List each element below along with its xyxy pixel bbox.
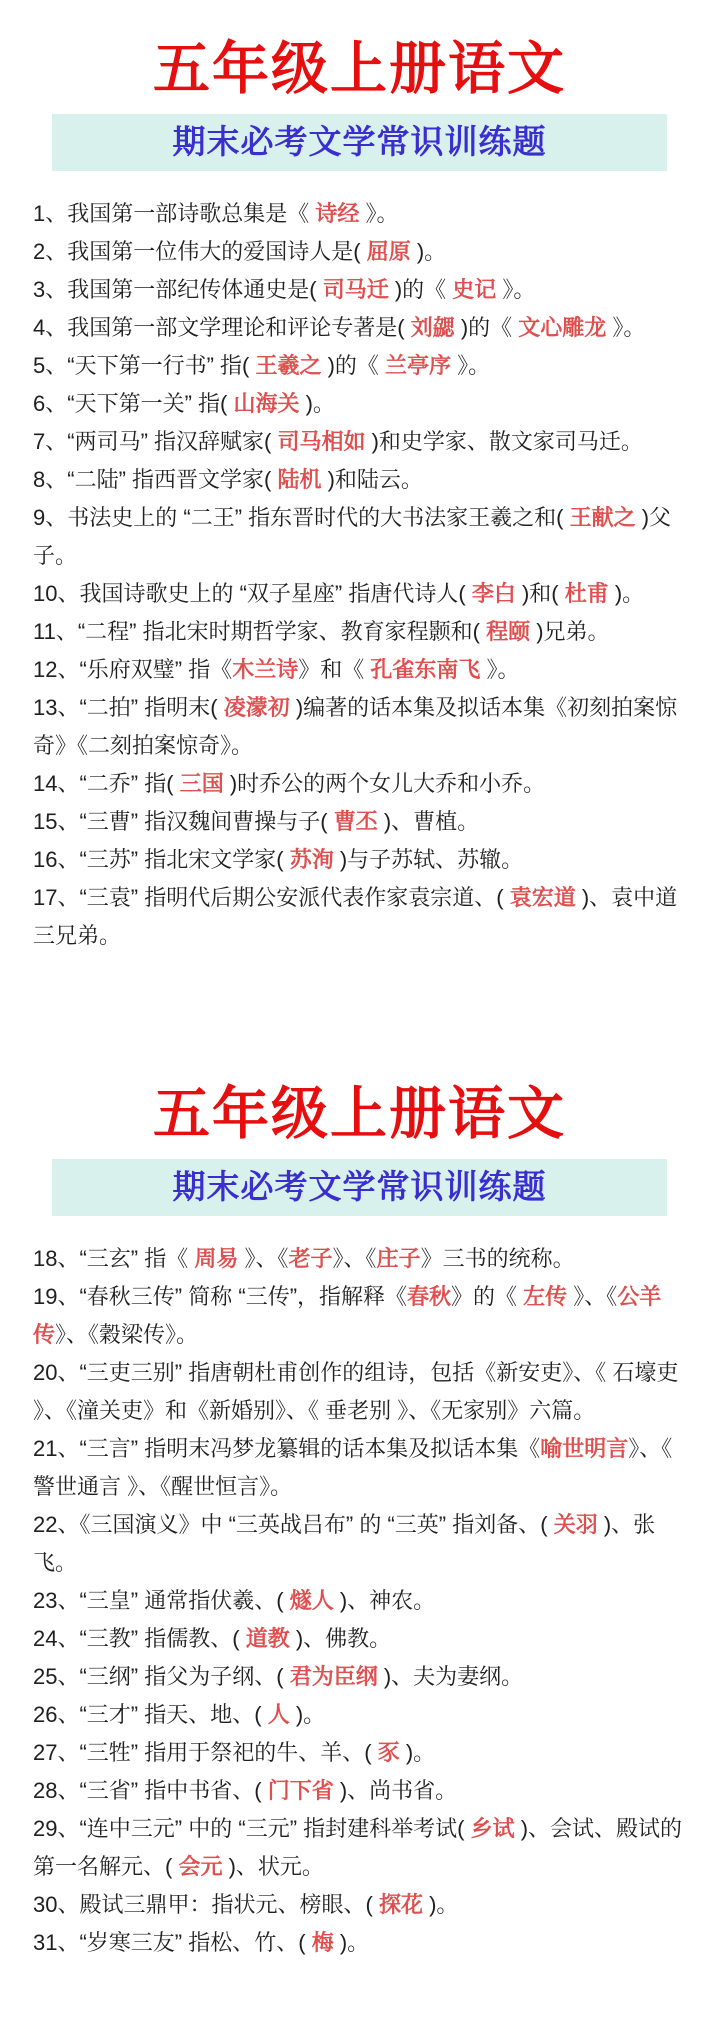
question-text: “三袁” 指明代后期公安派代表作家袁宗道、( (79, 885, 509, 910)
answer-highlight: 刘勰 (411, 315, 455, 340)
question-text: 我国第一位伟大的爱国诗人是( (67, 239, 366, 264)
question-text: 》。 (606, 315, 645, 340)
answer-highlight: 王羲之 (255, 353, 321, 378)
question-text: )、曹植。 (378, 809, 479, 834)
answer-highlight: 杜甫 (565, 581, 609, 606)
list-item: 17、“三袁” 指明代后期公安派代表作家袁宗道、( 袁宏道 )、袁中道三兄弟。 (33, 879, 695, 955)
item-number: 14、 (33, 771, 79, 796)
list-item: 20、“三吏三别” 指唐朝杜甫创作的组诗，包括《新安吏》、《 石壕吏 》、《潼关… (33, 1354, 695, 1430)
question-text: 》和《 (298, 657, 370, 682)
item-number: 9、 (33, 505, 67, 530)
question-text: 《三国演义》中 “三英战吕布” 的 “三英” 指刘备、( (79, 1512, 553, 1537)
list-item: 23、“三皇” 通常指伏羲、( 燧人 )、神农。 (33, 1582, 695, 1620)
question-text: “三教” 指儒教、( (79, 1626, 245, 1651)
list-item: 6、“天下第一关” 指( 山海关 )。 (33, 385, 695, 423)
answer-highlight: 文心雕龙 (518, 315, 606, 340)
item-number: 26、 (33, 1702, 79, 1727)
list-item: 25、“三纲” 指父为子纲、( 君为臣纲 )、夫为妻纲。 (33, 1658, 695, 1696)
answer-highlight: 司马迁 (323, 277, 389, 302)
question-text: )。 (400, 1740, 435, 1765)
list-item: 21、“三言” 指明末冯梦龙纂辑的话本集及拟话本集《喻世明言》、《 警世通言 》… (33, 1430, 695, 1506)
item-number: 20、 (33, 1360, 79, 1385)
item-number: 19、 (33, 1284, 79, 1309)
answer-highlight: 王献之 (570, 505, 636, 530)
question-text: “三才” 指天、地、( (79, 1702, 267, 1727)
list-item: 31、“岁寒三友” 指松、竹、( 梅 )。 (33, 1924, 695, 1962)
item-number: 3、 (33, 277, 67, 302)
item-number: 4、 (33, 315, 67, 340)
item-number: 12、 (33, 657, 79, 682)
list-item: 19、“春秋三传” 简称 “三传”，指解释《春秋》的《 左传 》、《公羊传》、《… (33, 1278, 695, 1354)
answer-highlight: 老子 (289, 1246, 333, 1271)
question-text: 殿试三鼎甲：指状元、榜眼、( (79, 1892, 378, 1917)
question-text: 我国第一部纪传体通史是( (67, 277, 322, 302)
list-item: 8、“二陆” 指西晋文学家( 陆机 )和陆云。 (33, 461, 695, 499)
question-text: )和陆云。 (321, 467, 422, 492)
answer-highlight: 程颐 (486, 619, 530, 644)
subtitle-text: 期末必考文学常识训练题 (173, 123, 547, 160)
question-text: 》、《穀梁传》。 (55, 1322, 198, 1347)
list-item: 1、我国第一部诗歌总集是《 诗经 》。 (33, 195, 695, 233)
question-text: )。 (334, 1930, 369, 1955)
question-text: )、神农。 (334, 1588, 435, 1613)
item-number: 24、 (33, 1626, 79, 1651)
question-text: 我国第一部文学理论和评论专著是( (67, 315, 410, 340)
list-item: 14、“二乔” 指( 三国 )时乔公的两个女儿大乔和小乔。 (33, 765, 695, 803)
question-text: “二拍” 指明末( (79, 695, 223, 720)
item-number: 31、 (33, 1930, 79, 1955)
list-item: 26、“三才” 指天、地、( 人 )。 (33, 1696, 695, 1734)
question-text: )。 (411, 239, 446, 264)
question-text: )的《 (455, 315, 519, 340)
item-number: 17、 (33, 885, 79, 910)
answer-highlight: 李白 (472, 581, 516, 606)
answer-highlight: 燧人 (290, 1588, 334, 1613)
worksheet: 五年级上册语文 期末必考文学常识训练题 1、我国第一部诗歌总集是《 诗经 》。2… (0, 0, 719, 1962)
list-item: 28、“三省” 指中书省、( 门下省 )、尚书省。 (33, 1772, 695, 1810)
question-list: 1、我国第一部诗歌总集是《 诗经 》。2、我国第一位伟大的爱国诗人是( 屈原 )… (33, 195, 695, 955)
list-item: 18、“三玄” 指《 周易 》、《老子》、《庄子》三书的统称。 (33, 1240, 695, 1278)
answer-highlight: 兰亭序 (385, 353, 451, 378)
answer-highlight: 曹丕 (334, 809, 378, 834)
question-text: “三牲” 指用于祭祀的牛、羊、( (79, 1740, 377, 1765)
answer-highlight: 探花 (379, 1892, 423, 1917)
item-number: 6、 (33, 391, 67, 416)
question-list: 18、“三玄” 指《 周易 》、《老子》、《庄子》三书的统称。19、“春秋三传”… (33, 1240, 695, 1962)
question-text: )时乔公的两个女儿大乔和小乔。 (224, 771, 545, 796)
list-item: 7、“两司马” 指汉辞赋家( 司马相如 )和史学家、散文家司马迁。 (33, 423, 695, 461)
list-item: 15、“三曹” 指汉魏间曹操与子( 曹丕 )、曹植。 (33, 803, 695, 841)
item-number: 21、 (33, 1436, 79, 1461)
item-number: 10、 (33, 581, 79, 606)
item-number: 22、 (33, 1512, 79, 1537)
answer-highlight: 袁宏道 (510, 885, 576, 910)
answer-highlight: 周易 (194, 1246, 238, 1271)
answer-highlight: 关羽 (554, 1512, 598, 1537)
page-title: 五年级上册语文 (0, 1075, 719, 1153)
worksheet-section: 五年级上册语文 期末必考文学常识训练题 1、我国第一部诗歌总集是《 诗经 》。2… (0, 0, 719, 955)
list-item: 12、“乐府双璧” 指《木兰诗》和《 孔雀东南飞 》。 (33, 651, 695, 689)
question-text: )。 (609, 581, 644, 606)
answer-highlight: 春秋 (407, 1284, 451, 1309)
question-text: )。 (299, 391, 334, 416)
answer-highlight: 木兰诗 (232, 657, 298, 682)
answer-highlight: 屈原 (367, 239, 411, 264)
question-text: “二程” 指北宋时期哲学家、教育家程颢和( (78, 619, 486, 644)
question-text: 》。 (496, 277, 535, 302)
subtitle-banner: 期末必考文学常识训练题 (52, 1159, 667, 1216)
item-number: 15、 (33, 809, 79, 834)
question-text: “春秋三传” 简称 “三传”，指解释《 (79, 1284, 407, 1309)
question-text: 我国诗歌史上的 “双子星座” 指唐代诗人( (79, 581, 471, 606)
item-number: 27、 (33, 1740, 79, 1765)
item-number: 28、 (33, 1778, 79, 1803)
question-text: )、状元。 (222, 1854, 323, 1879)
question-text: 》、《 (333, 1246, 377, 1271)
list-item: 24、“三教” 指儒教、( 道教 )、佛教。 (33, 1620, 695, 1658)
question-text: “二陆” 指西晋文学家( (67, 467, 277, 492)
question-text: “三省” 指中书省、( (79, 1778, 267, 1803)
question-text: )、夫为妻纲。 (378, 1664, 523, 1689)
item-number: 13、 (33, 695, 79, 720)
question-text: )、佛教。 (290, 1626, 391, 1651)
answer-highlight: 君为臣纲 (290, 1664, 378, 1689)
answer-highlight: 凌濛初 (224, 695, 290, 720)
question-text: “三纲” 指父为子纲、( (79, 1664, 289, 1689)
question-text: )。 (423, 1892, 458, 1917)
subtitle-text: 期末必考文学常识训练题 (173, 1168, 547, 1205)
question-text: )。 (290, 1702, 325, 1727)
question-text: )的《 (321, 353, 385, 378)
question-text: )的《 (389, 277, 453, 302)
item-number: 23、 (33, 1588, 79, 1613)
question-text: 》。 (480, 657, 519, 682)
list-item: 30、殿试三鼎甲：指状元、榜眼、( 探花 )。 (33, 1886, 695, 1924)
question-text: “三言” 指明末冯梦龙纂辑的话本集及拟话本集《 (79, 1436, 540, 1461)
subtitle-banner: 期末必考文学常识训练题 (52, 114, 667, 171)
question-text: “三皇” 通常指伏羲、( (79, 1588, 289, 1613)
answer-highlight: 山海关 (233, 391, 299, 416)
answer-highlight: 庄子 (377, 1246, 421, 1271)
answer-highlight: 史记 (452, 277, 496, 302)
list-item: 22、《三国演义》中 “三英战吕布” 的 “三英” 指刘备、( 关羽 )、张飞。 (33, 1506, 695, 1582)
answer-highlight: 喻世明言 (540, 1436, 628, 1461)
item-number: 30、 (33, 1892, 79, 1917)
list-item: 11、“二程” 指北宋时期哲学家、教育家程颢和( 程颐 )兄弟。 (33, 613, 695, 651)
question-text: “连中三元” 中的 “三元” 指封建科举考试( (79, 1816, 470, 1841)
question-text: “二乔” 指( (79, 771, 179, 796)
list-item: 10、我国诗歌史上的 “双子星座” 指唐代诗人( 李白 )和( 杜甫 )。 (33, 575, 695, 613)
answer-highlight: 门下省 (268, 1778, 334, 1803)
question-text: “天下第一关” 指( (67, 391, 233, 416)
question-text: )与子苏轼、苏辙。 (334, 847, 523, 872)
answer-highlight: 苏洵 (290, 847, 334, 872)
list-item: 2、我国第一位伟大的爱国诗人是( 屈原 )。 (33, 233, 695, 271)
question-text: 我国第一部诗歌总集是《 (67, 201, 315, 226)
list-item: 3、我国第一部纪传体通史是( 司马迁 )的《 史记 》。 (33, 271, 695, 309)
question-text: 》三书的统称。 (421, 1246, 575, 1271)
list-item: 5、“天下第一行书” 指( 王羲之 )的《 兰亭序 》。 (33, 347, 695, 385)
list-item: 27、“三牲” 指用于祭祀的牛、羊、( 豕 )。 (33, 1734, 695, 1772)
question-text: 》。 (451, 353, 490, 378)
question-text: )和( (516, 581, 565, 606)
question-text: “三吏三别” 指唐朝杜甫创作的组诗，包括《新安吏》、《 石壕吏 》、《潼关吏》和… (33, 1360, 678, 1423)
question-text: 书法史上的 “二王” 指东晋时代的大书法家王羲之和( (67, 505, 569, 530)
list-item: 16、“三苏” 指北宋文学家( 苏洵 )与子苏轼、苏辙。 (33, 841, 695, 879)
answer-highlight: 人 (268, 1702, 290, 1727)
question-text: “三曹” 指汉魏间曹操与子( (79, 809, 333, 834)
list-item: 4、我国第一部文学理论和评论专著是( 刘勰 )的《 文心雕龙 》。 (33, 309, 695, 347)
question-text: “两司马” 指汉辞赋家( (67, 429, 277, 454)
question-text: )、尚书省。 (334, 1778, 457, 1803)
answer-highlight: 孔雀东南飞 (370, 657, 480, 682)
worksheet-section: 五年级上册语文 期末必考文学常识训练题 18、“三玄” 指《 周易 》、《老子》… (0, 955, 719, 1962)
question-text: )和史学家、散文家司马迁。 (365, 429, 642, 454)
question-text: “天下第一行书” 指( (67, 353, 255, 378)
answer-highlight: 会元 (178, 1854, 222, 1879)
answer-highlight: 三国 (180, 771, 224, 796)
question-text: 》。 (359, 201, 398, 226)
item-number: 11、 (33, 619, 78, 644)
item-number: 16、 (33, 847, 79, 872)
answer-highlight: 豕 (378, 1740, 400, 1765)
item-number: 29、 (33, 1816, 79, 1841)
answer-highlight: 梅 (312, 1930, 334, 1955)
item-number: 7、 (33, 429, 67, 454)
answer-highlight: 诗经 (315, 201, 359, 226)
question-text: “乐府双璧” 指《 (79, 657, 232, 682)
item-number: 5、 (33, 353, 67, 378)
answer-highlight: 司马相如 (277, 429, 365, 454)
item-number: 25、 (33, 1664, 79, 1689)
page-title: 五年级上册语文 (0, 30, 719, 108)
list-item: 13、“二拍” 指明末( 凌濛初 )编著的话本集及拟话本集《初刻拍案惊奇》《二刻… (33, 689, 695, 765)
item-number: 1、 (33, 201, 67, 226)
item-number: 2、 (33, 239, 67, 264)
question-text: 》、《 (238, 1246, 288, 1271)
question-text: “岁寒三友” 指松、竹、( (79, 1930, 311, 1955)
item-number: 18、 (33, 1246, 79, 1271)
question-text: “三苏” 指北宋文学家( (79, 847, 289, 872)
list-item: 29、“连中三元” 中的 “三元” 指封建科举考试( 乡试 )、会试、殿试的第一… (33, 1810, 695, 1886)
answer-highlight: 乡试 (471, 1816, 515, 1841)
answer-highlight: 道教 (246, 1626, 290, 1651)
answer-highlight: 左传 (523, 1284, 567, 1309)
answer-highlight: 陆机 (277, 467, 321, 492)
list-item: 9、书法史上的 “二王” 指东晋时代的大书法家王羲之和( 王献之 )父子。 (33, 499, 695, 575)
question-text: 》、《 (567, 1284, 617, 1309)
question-text: )兄弟。 (530, 619, 609, 644)
question-text: 》的《 (451, 1284, 523, 1309)
question-text: “三玄” 指《 (79, 1246, 194, 1271)
item-number: 8、 (33, 467, 67, 492)
